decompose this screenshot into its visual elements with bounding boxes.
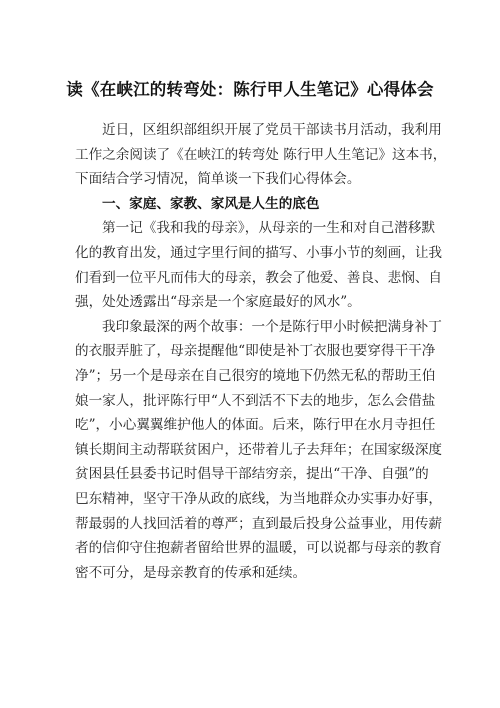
paragraph-2-line-4: 强，处处透露出“母亲是一个家庭最好的风水”。	[75, 290, 425, 315]
paragraph-1-line-3: 下面结合学习情况，简单谈一下我们心得体会。	[75, 167, 425, 192]
paragraph-1-line-2: 工作之余阅读了《在峡江的转弯处 陈行甲人生笔记》这本书，	[75, 143, 425, 168]
paragraph-3-line-8: 巴东精神，坚守干净从政的底线，为当地群众办实事办好事，	[75, 487, 425, 512]
document-body: 近日，区组织部组织开展了党员干部读书月活动，我利用 工作之余阅读了《在峡江的转弯…	[75, 118, 425, 585]
paragraph-3-line-11: 密不可分，是母亲教育的传承和延续。	[75, 561, 425, 586]
paragraph-3-line-4: 娘一家人，批评陈行甲“人不到活不下去的地步，怎么会借盐	[75, 389, 425, 414]
paragraph-3-line-7: 贫困县任县委书记时倡导干部结穷亲，提出“干净、自强”的	[75, 462, 425, 487]
paragraph-3-line-9: 帮最弱的人找回活着的尊严；直到最后投身公益事业，用传薪	[75, 512, 425, 537]
paragraph-2-line-3: 们看到一位平凡而伟大的母亲，教会了他爱、善良、悲悯、自	[75, 266, 425, 291]
paragraph-3-line-10: 者的信仰守住抱薪者留给世界的温暖，可以说都与母亲的教育	[75, 536, 425, 561]
paragraph-2-line-1: 第一记《我和我的母亲》，从母亲的一生和对自己潜移默	[75, 216, 425, 241]
paragraph-3-line-2: 的衣服弄脏了，母亲提醒他“即使是补丁衣服也要穿得干干净	[75, 339, 425, 364]
paragraph-3-line-1: 我印象最深的两个故事：一个是陈行甲小时候把满身补丁	[75, 315, 425, 340]
paragraph-3-line-3: 净”；另一个是母亲在自己很穷的境地下仍然无私的帮助王伯	[75, 364, 425, 389]
paragraph-1-line-1: 近日，区组织部组织开展了党员干部读书月活动，我利用	[75, 118, 425, 143]
section-heading-1: 一、家庭、家教、家风是人生的底色	[75, 192, 425, 217]
document-page: 读《在峡江的转弯处：陈行甲人生笔记》心得体会 近日，区组织部组织开展了党员干部读…	[0, 0, 500, 708]
paragraph-3-line-5: 吃”，小心翼翼维护他人的体面。后来，陈行甲在水月寺担任	[75, 413, 425, 438]
paragraph-2-line-2: 化的教育出发，通过字里行间的描写、小事小节的刻画，让我	[75, 241, 425, 266]
paragraph-3-line-6: 镇长期间主动帮联贫困户，还带着儿子去拜年；在国家级深度	[75, 438, 425, 463]
document-title: 读《在峡江的转弯处：陈行甲人生笔记》心得体会	[60, 76, 440, 100]
